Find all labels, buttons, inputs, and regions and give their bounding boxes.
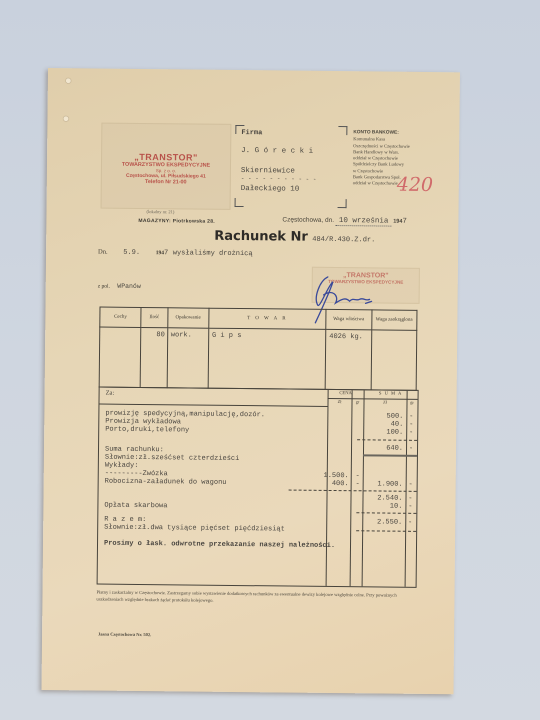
place-date: Częstochowa, dn. 10 września 1947 (282, 216, 407, 225)
consignor-label: z pol. (98, 284, 110, 290)
payment-request: Prosimy o łask. odwrotne przekazanie nas… (104, 540, 335, 550)
place-date-prefix: Częstochowa, dn. (282, 216, 334, 224)
subtotal-amount: 640. (386, 445, 403, 453)
col-zl: Zł (327, 399, 351, 404)
col-header-weight-rounded: Waga zaokrąglona (371, 310, 417, 330)
warehouse-address: MAGAZYNY: Piotrkowska 28. (138, 218, 215, 225)
firma-label: Firma (241, 129, 262, 137)
total-gr: - (408, 519, 412, 527)
items-table: Cechy Ilość Opakowanie T O W A R Waga wł… (99, 307, 418, 391)
col-header-goods: T O W A R (209, 308, 326, 329)
col-header-packing: Opakowanie (167, 308, 208, 328)
cell-packing: work. (167, 328, 209, 388)
recipient-block: Firma J. G ó r e c k i Skierniewice - - … (235, 125, 348, 208)
shipment-year-printed: 194 (156, 250, 164, 256)
bank-line: oddział w Częstochowie (353, 155, 398, 160)
outlay-amount: 400. (332, 480, 349, 488)
cell-weight-rounded (371, 330, 417, 390)
bank-line: Bank Gospodarstwa Społ. (353, 174, 401, 180)
consignor: z pol. WPanów (98, 283, 141, 290)
shipment-line: Dn. 5.9. 1947 wysłaliśmy drożnicą (98, 249, 253, 259)
handwritten-number: 420 (397, 174, 433, 196)
date-day-month: 10 września (336, 217, 392, 227)
cell-qty: 80 (140, 327, 167, 387)
col-header-cena: CENA (328, 390, 364, 399)
running-total: 2.540. (377, 494, 402, 502)
outlay-gr: - (355, 480, 359, 488)
col-header-weight: Waga właściwa (326, 309, 372, 329)
stamp-fee-label: Opłata skarbowa (104, 502, 167, 511)
punch-hole (66, 78, 71, 83)
outlays-sum-gr: - (408, 481, 412, 489)
charge-gr: - (409, 413, 413, 421)
table-row: 80 work. G i p s 4026 kg. (99, 327, 417, 390)
charges-section: CENA S U M A Zł gr Zł gr Za: prowizję sp… (97, 387, 419, 588)
bank-title: KONTO BANKOWE: (353, 130, 399, 135)
bank-line: Oszczędności w Częstochowie (353, 143, 410, 149)
charge-amount: 100. (386, 429, 403, 437)
consignor-value: WPanów (117, 283, 140, 290)
outlay-gr: - (355, 472, 359, 480)
invoice-title: Rachunek Nr 484/R.430.Z.dr. (214, 229, 375, 246)
punch-hole (63, 116, 68, 121)
charge-line: Porto,druki,telefony (105, 426, 189, 435)
cell-marks (99, 327, 141, 387)
shipment-text: wysłaliśmy drożnicą (173, 249, 253, 258)
stamp-phone: Telefon Nr 21-00 (102, 179, 230, 186)
outlay-amount: 1.500. (323, 472, 348, 480)
col-gr: gr (406, 400, 417, 405)
bank-line: w Częstochowie (353, 168, 383, 173)
charge-gr: - (409, 421, 413, 429)
total-words: Słownie:zł.dwa tysiące pięćset pięćdzies… (104, 524, 285, 534)
subtotal-gr: - (409, 445, 413, 453)
cell-goods: G i p s (208, 328, 326, 389)
shipment-date: 5.9. (123, 249, 140, 257)
za-label: Za: (106, 390, 115, 397)
date-year-typed: 7 (402, 218, 407, 226)
cell-weight: 4026 kg. (325, 329, 371, 389)
bank-line: Bank Handlowy w Wars. (353, 149, 399, 154)
outlays-sum: 1.900. (377, 480, 402, 488)
invoice-number: 484/R.430.Z.dr. (312, 236, 375, 245)
sender-stamp: „TRANSTOR" TOWARZYSTWO EKSPEDYCYJNE Sp. … (101, 123, 232, 210)
invoice-title-label: Rachunek Nr (214, 229, 308, 245)
total-amount: 2.550. (377, 518, 402, 526)
bank-line: oddział w Częstochowie (353, 181, 398, 186)
date-year-printed: 194 (393, 219, 402, 225)
bank-line: Spółdzielczy Bank Ludowy (353, 162, 404, 168)
outlay-line: Robocizna-załadunek do wagonu (105, 478, 227, 487)
charge-gr: - (409, 429, 413, 437)
footer-terms: Płatny i zaskarżalny w Częstochowie. Zas… (96, 589, 418, 606)
recipient-separator: - - - - - - - - - - - (241, 175, 317, 183)
charge-amount: 500. (387, 413, 404, 421)
stamp-fee-amount: 10. (390, 503, 403, 511)
charge-amount: 40. (391, 421, 404, 429)
stamp-small-note: (lokalny nr. 21) (146, 209, 174, 214)
stamp-fee-gr: - (408, 503, 412, 511)
running-total-gr: - (408, 495, 412, 503)
shipment-prefix: Dn. (98, 249, 108, 256)
col-zl: Zł (363, 399, 406, 404)
col-gr: gr (351, 399, 363, 404)
printer-note: Jasna Częstochowa Nr. 502. (98, 632, 151, 638)
bank-line: Komunalna Kasa (353, 136, 385, 141)
shipment-year-typed: 7 (164, 249, 168, 257)
col-header-qty: Ilość (141, 307, 168, 327)
col-header-marks: Cechy (100, 307, 141, 327)
recipient-name: J. G ó r e c k i (241, 147, 313, 156)
invoice-paper: „TRANSTOR" TOWARZYSTWO EKSPEDYCYJNE Sp. … (41, 68, 459, 694)
recipient-street: Dałeckiego 10 (241, 185, 300, 194)
